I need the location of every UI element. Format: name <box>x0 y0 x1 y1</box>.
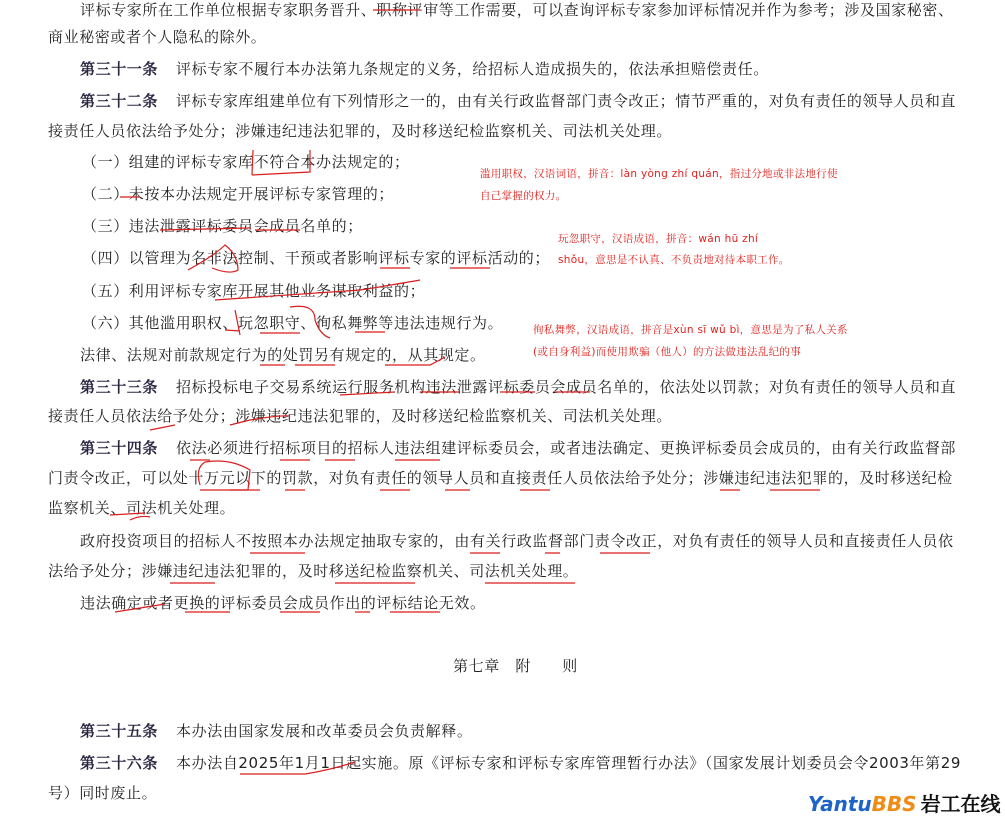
article-34-line-3: 监察机关、司法机关处理。 <box>48 498 235 518</box>
article-34-para2-line-2: 法给予处分；涉嫌违纪违法犯罪的，及时移送纪检监察机关、司法机关处理。 <box>48 561 578 581</box>
logo-cn: 岩工在线 <box>921 792 1001 816</box>
annotation-abuse-of-power-line-1: 滥用职权，汉语词语，拼音：làn yòng zhí quán，指过分地或非法地行… <box>480 164 838 184</box>
article-36-text: 本办法自2025年1月1日起实施。原《评标专家和评标专家库管理暂行办法》（国家发… <box>176 754 961 772</box>
annotation-abuse-of-power-line-2: 自己掌握的权力。 <box>480 186 566 206</box>
article-34-line-1: 第三十四条依法必须进行招标项目的招标人违法组建评标委员会，或者违法确定、更换评标… <box>80 438 956 458</box>
article-32-line-1: 第三十二条评标专家库组建单位有下列情形之一的，由有关行政监督部门责令改正；情节严… <box>80 91 956 111</box>
intro-line-2: 商业秘密或者个人隐私的除外。 <box>48 27 266 47</box>
logo-bbs: BBS <box>872 792 917 816</box>
article-32-item-1: （一）组建的评标专家库不符合本办法规定的； <box>82 152 410 172</box>
article-32-item-5: （五）利用评标专家库开展其他业务谋取利益的； <box>82 281 425 301</box>
article-32-item-2: （二）未按本办法规定开展评标专家管理的； <box>82 184 394 204</box>
article-32-label: 第三十二条 <box>80 92 158 110</box>
article-31-text: 评标专家不履行本办法第九条规定的义务，给招标人造成损失的，依法承担赔偿责任。 <box>176 60 769 78</box>
article-35: 第三十五条本办法由国家发展和改革委员会负责解释。 <box>80 721 472 741</box>
article-35-label: 第三十五条 <box>80 722 158 740</box>
logo-brand: Yantu <box>808 792 872 816</box>
article-34-line-2: 门责令改正，可以处十万元以下的罚款，对负有责任的领导人员和直接责任人员依法给予处… <box>48 468 953 488</box>
article-32-line-2: 接责任人员依法给予处分；涉嫌违纪违法犯罪的，及时移送纪检监察机关、司法机关处理。 <box>48 121 672 141</box>
article-36-label: 第三十六条 <box>80 754 158 772</box>
article-31: 第三十一条评标专家不履行本办法第九条规定的义务，给招标人造成损失的，依法承担赔偿… <box>80 59 769 79</box>
intro-line-1: 评标专家所在工作单位根据专家职务晋升、职称评审等工作需要，可以查询评标专家参加评… <box>80 0 954 20</box>
article-34-para2-line-1: 政府投资项目的招标人不按照本办法规定抽取专家的，由有关行政监督部门责令改正，对负… <box>80 531 954 551</box>
article-36-line-2: 号）同时废止。 <box>48 783 157 803</box>
article-32-closing: 法律、法规对前款规定行为的处罚另有规定的，从其规定。 <box>80 345 486 365</box>
article-34-para3: 违法确定或者更换的评标委员会成员作出的评标结论无效。 <box>80 593 486 613</box>
article-32-item-6: （六）其他滥用职权、玩忽职守、徇私舞弊等违法违规行为。 <box>82 313 503 333</box>
article-32-item-4: （四）以管理为名非法控制、干预或者影响评标专家的评标活动的； <box>82 248 550 268</box>
article-33-line-1: 第三十三条招标投标电子交易系统运行服务机构违法泄露评标委员会成员名单的，依法处以… <box>80 377 956 397</box>
article-31-label: 第三十一条 <box>80 60 158 78</box>
article-36-line-1: 第三十六条本办法自2025年1月1日起实施。原《评标专家和评标专家库管理暂行办法… <box>80 753 961 773</box>
article-33-line-2: 接责任人员依法给予处分；涉嫌违纪违法犯罪的，及时移送纪检监察机关、司法机关处理。 <box>48 406 672 426</box>
article-32-item-3: （三）违法泄露评标委员会成员名单的； <box>82 216 363 236</box>
article-34-text: 依法必须进行招标项目的招标人违法组建评标委员会，或者违法确定、更换评标委员会成员… <box>176 439 956 457</box>
article-35-text: 本办法由国家发展和改革委员会负责解释。 <box>176 722 472 740</box>
article-34-label: 第三十四条 <box>80 439 158 457</box>
annotation-favoritism-line-2: (或自身利益)而使用欺骗（他人）的方法做违法乱纪的事 <box>533 342 801 362</box>
chapter-7-heading: 第七章 附 则 <box>453 656 578 676</box>
article-33-label: 第三十三条 <box>80 378 158 396</box>
yantu-bbs-logo: YantuBBS岩工在线 <box>808 788 1001 817</box>
article-32-text: 评标专家库组建单位有下列情形之一的，由有关行政监督部门责令改正；情节严重的，对负… <box>176 92 956 110</box>
article-33-text: 招标投标电子交易系统运行服务机构违法泄露评标委员会成员名单的，依法处以罚款；对负… <box>176 378 956 396</box>
annotation-favoritism-line-1: 徇私舞弊，汉语成语，拼音是xùn sī wǔ bì，意思是为了私人关系 <box>533 320 848 340</box>
annotation-dereliction-line-2: shǒu，意思是不认真、不负责地对待本职工作。 <box>558 250 790 270</box>
annotation-dereliction-line-1: 玩忽职守，汉语成语，拼音：wán hū zhí <box>558 229 758 249</box>
